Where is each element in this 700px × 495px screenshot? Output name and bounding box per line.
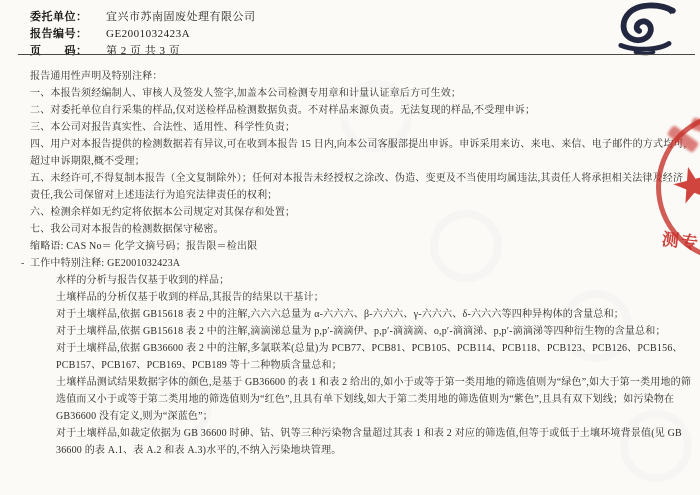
statement-item-7: 七、我公司对本报告的检测数据保守秘密。 — [30, 221, 692, 238]
statement-item-1: 一、本报告须经编制人、审核人及签发人签字,加盖本公司检测专用章和计量认证章后方可… — [30, 85, 692, 102]
note-ddt-total: 对于土壤样品,依据 GB15618 表 2 中的注解,滴滴涕总量为 p,p′-滴… — [30, 323, 692, 340]
statement-title: 报告通用性声明及特别注释： — [30, 68, 692, 85]
note-soil-dry-basis: 土壤样品的分析仅基于收到的样品,其报告的结果以干基计； — [30, 289, 692, 306]
page-no-value: 第 2 页 共 3 页 — [106, 44, 180, 59]
note-water-sample: 水样的分析与报告仅基于收到的样品； — [30, 272, 692, 289]
client-value: 宜兴市苏南固废处理有限公司 — [106, 10, 256, 25]
stamp-arc-text — [690, 117, 700, 137]
special-note-bullet: - — [21, 255, 25, 272]
statement-item-5: 五、未经许可,不得复制本报告（全文复制除外）；任何对本报告未经授权之涂改、伪造、… — [30, 170, 692, 204]
page-no-label: 页 码： — [30, 44, 106, 59]
statement-item-4: 四、用户对本报告提供的检测数据若有异议,可在收到本报告 15 日内,向本公司客服… — [30, 136, 692, 170]
report-no-label: 报告编号： — [30, 27, 106, 42]
stamp-star-icon: ★ — [666, 157, 700, 214]
report-body: 报告通用性声明及特别注释： 一、本报告须经编制人、审核人及签发人签字,加盖本公司… — [30, 68, 692, 459]
special-notes-list: 水样的分析与报告仅基于收到的样品； 土壤样品的分析仅基于收到的样品,其报告的结果… — [30, 272, 692, 459]
stamp-text: 测专 — [661, 225, 700, 254]
note-font-colors: 土壤样品测试结果数据字体的颜色,是基于 GB36600 的表 1 和表 2 给出… — [30, 374, 692, 425]
special-note-heading: - 工作中特别注释: GE2001032423A — [30, 255, 692, 272]
note-pcb-total: 对于土壤样品,依据 GB36600 表 2 中的注解,多氯联苯(总量)为 PCB… — [30, 340, 692, 374]
report-page: 委托单位： 宜兴市苏南固废处理有限公司 报告编号： GE2001032423A … — [0, 0, 700, 495]
statement-item-6: 六、检测余样如无约定将依据本公司规定对其保存和处置； — [30, 204, 692, 221]
header-field-report-no: 报告编号： GE2001032423A — [30, 27, 256, 42]
header-divider — [18, 54, 695, 55]
swan-swirl-logo-icon — [608, 2, 678, 56]
special-note-text: 工作中特别注释: GE2001032423A — [30, 258, 180, 269]
note-background-values: 对于土壤样品,如裁定依据为 GB 36600 时砷、钴、钒等三种污染物含量超过其… — [30, 425, 692, 459]
client-label: 委托单位： — [30, 10, 106, 25]
note-hch-total: 对于土壤样品,依据 GB15618 表 2 中的注解,六六六总量为 α-六六六、… — [30, 306, 692, 323]
report-no-value: GE2001032423A — [106, 27, 190, 42]
statement-item-3: 三、本公司对报告真实性、合法性、适用性、科学性负责； — [30, 119, 692, 136]
abbreviation-note: 缩略语: CAS No＝ 化学文摘号码；报告限＝检出限 — [30, 238, 692, 255]
header-field-client: 委托单位： 宜兴市苏南固废处理有限公司 — [30, 10, 256, 25]
header-field-page-no: 页 码： 第 2 页 共 3 页 — [30, 44, 256, 59]
statement-item-2: 二、对委托单位自行采集的样品,仅对送检样品检测数据负责。不对样品来源负责。无法复… — [30, 102, 692, 119]
